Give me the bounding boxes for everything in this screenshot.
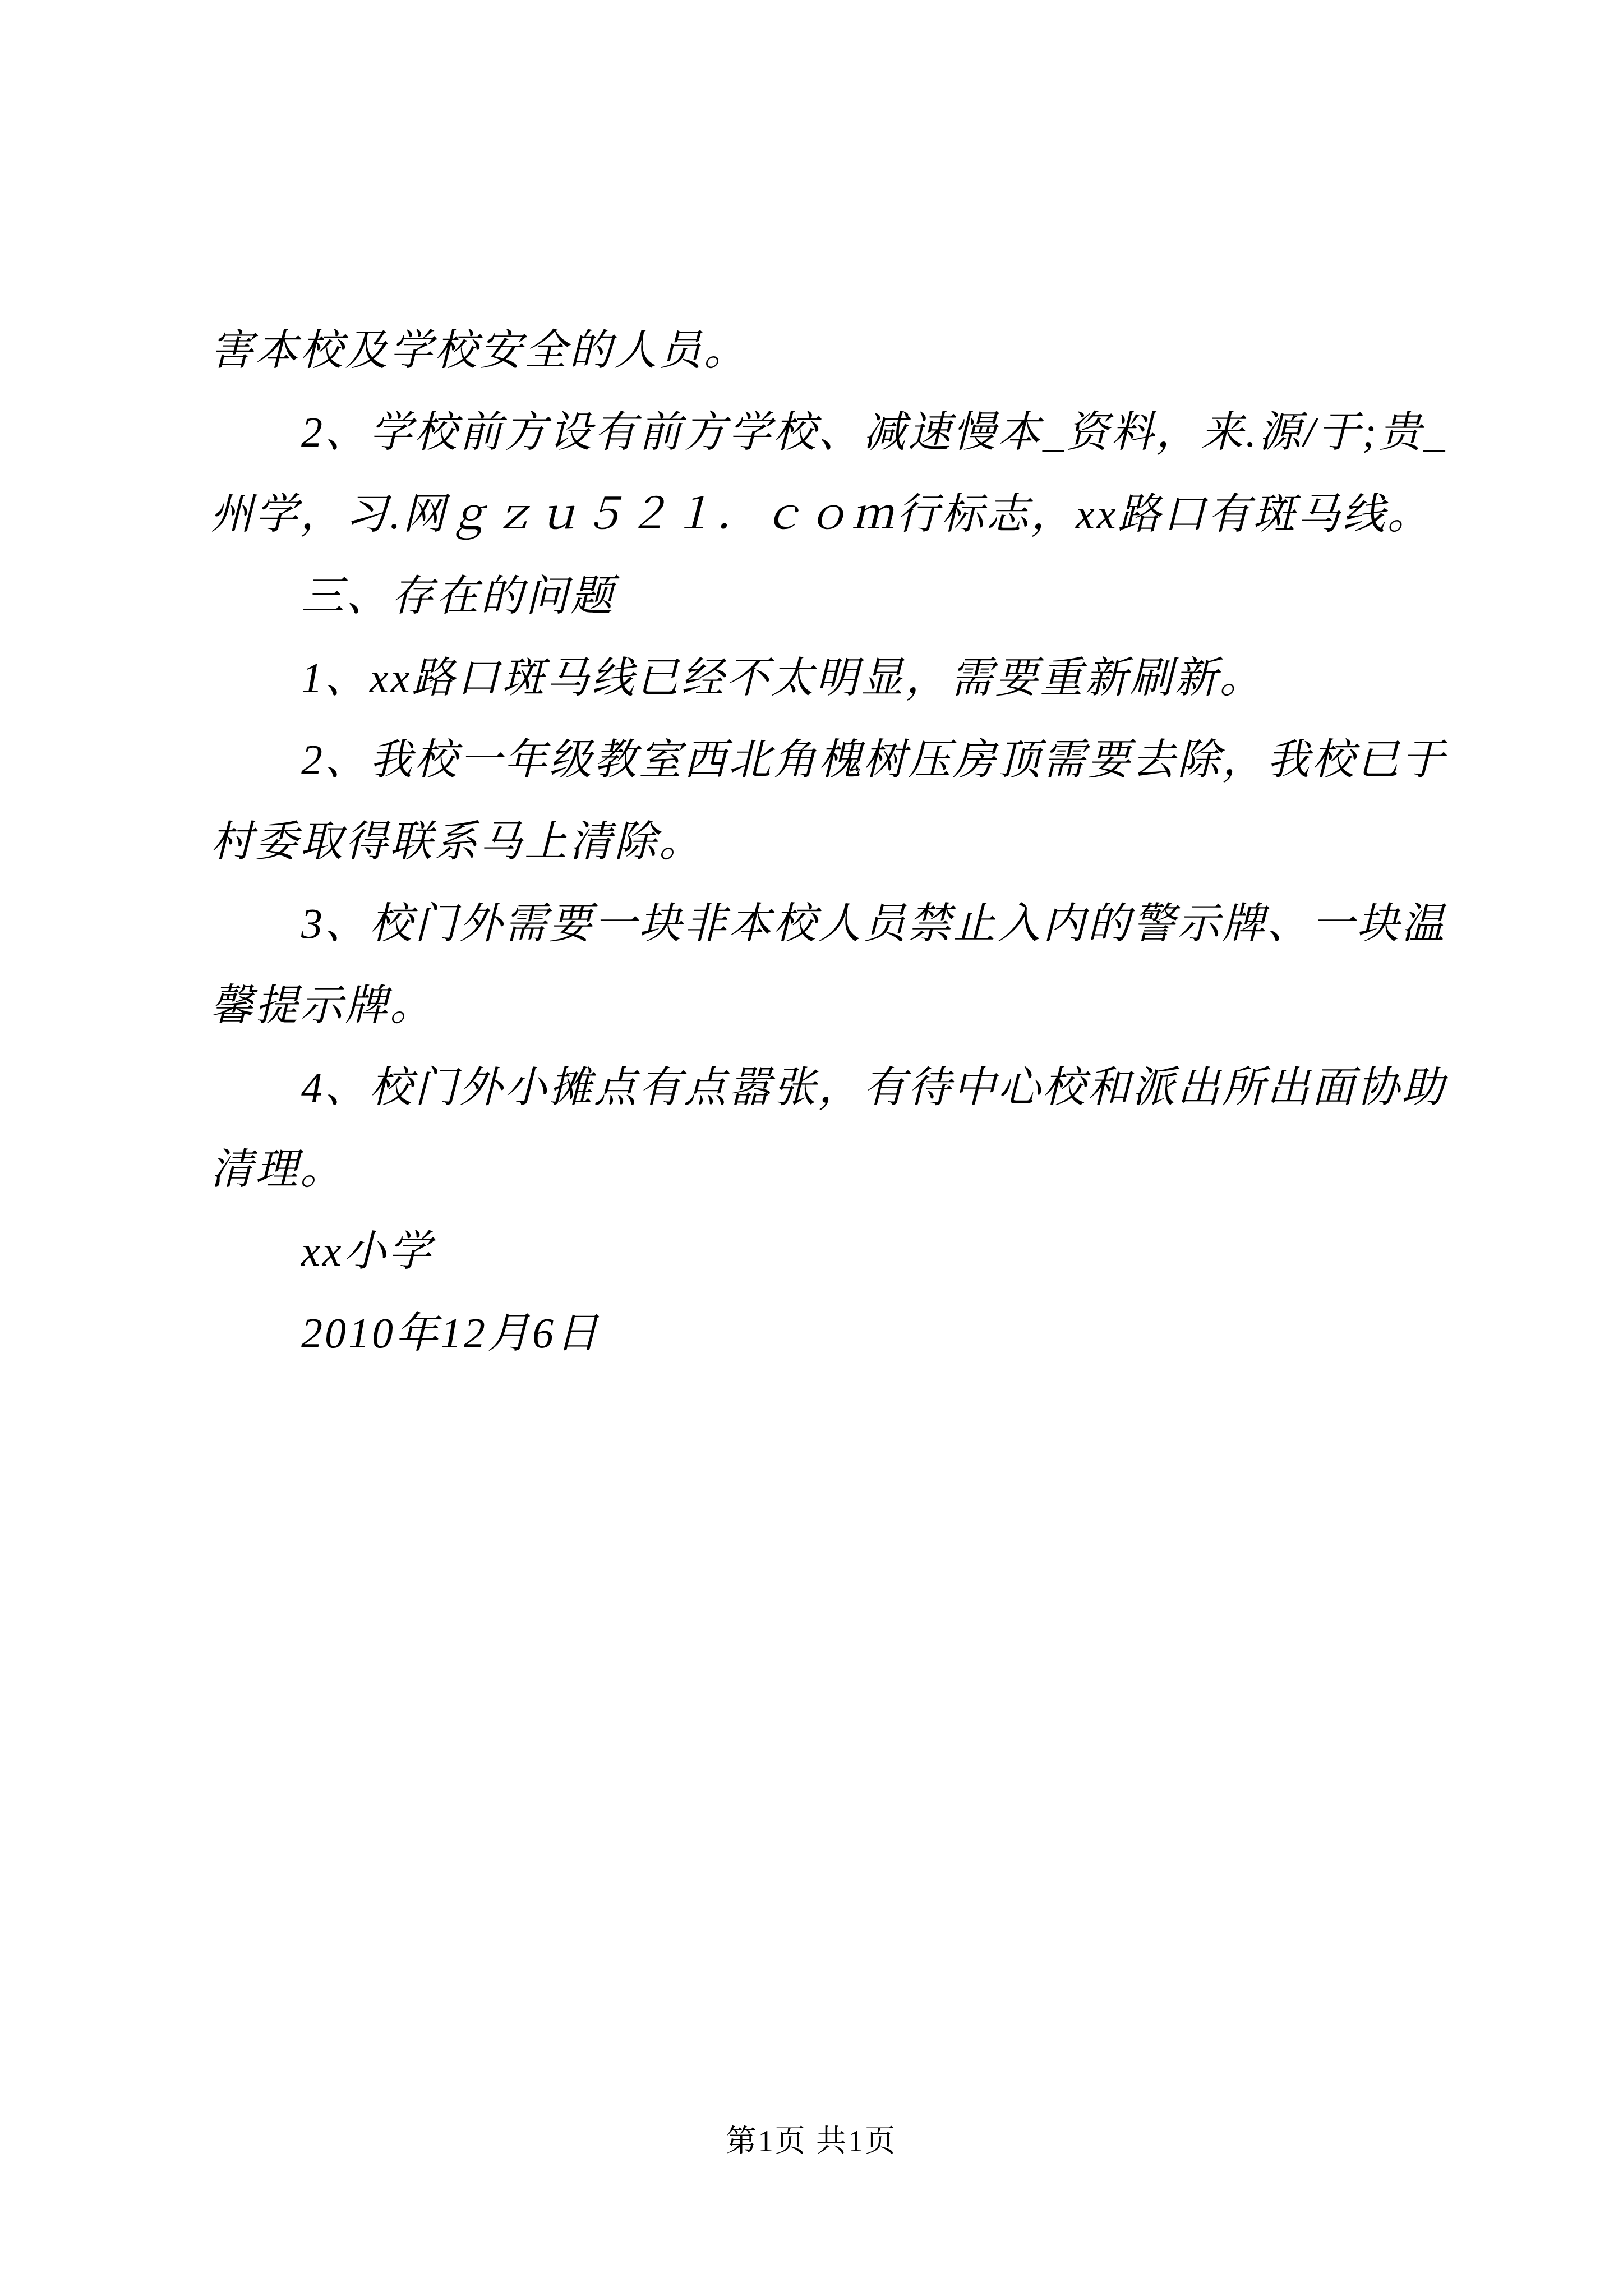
page-indicator: 第1页 共1页 [726, 2124, 897, 2158]
text-line: 2、我校一年级教室西北角槐树压房顶需要去除，我校已于 [210, 719, 1416, 801]
text-line: 4、校门外小摊点有点嚣张，有待中心校和派出所出面协助 [210, 1047, 1416, 1129]
text-line: 害本校及学校安全的人员。 [210, 310, 1416, 392]
text-line: 村委取得联系马上清除。 [210, 801, 1416, 883]
document-page: 害本校及学校安全的人员。2、学校前方设有前方学校、减速慢本_资料，来.源/于;贵… [0, 0, 1623, 2296]
text-line: 三、存在的问题 [210, 555, 1416, 637]
text-line: 1、xx路口斑马线已经不太明显，需要重新刷新。 [210, 637, 1416, 719]
text-line: 清理。 [210, 1129, 1416, 1211]
text-line: 州学，习.网ｇｚｕ５２１．ｃｏｍ行标志，xx路口有斑马线。 [210, 473, 1416, 555]
text-line: xx小学 [210, 1211, 1416, 1292]
text-line: 3、校门外需要一块非本校人员禁止入内的警示牌、一块温 [210, 883, 1416, 965]
text-line: 馨提示牌。 [210, 965, 1416, 1047]
text-line: 2、学校前方设有前方学校、减速慢本_资料，来.源/于;贵_ [210, 392, 1416, 473]
footer: 第1页 共1页 [0, 2122, 1623, 2161]
text-line: 2010年12月6日 [210, 1292, 1416, 1374]
document-body: 害本校及学校安全的人员。2、学校前方设有前方学校、减速慢本_资料，来.源/于;贵… [210, 310, 1416, 1374]
